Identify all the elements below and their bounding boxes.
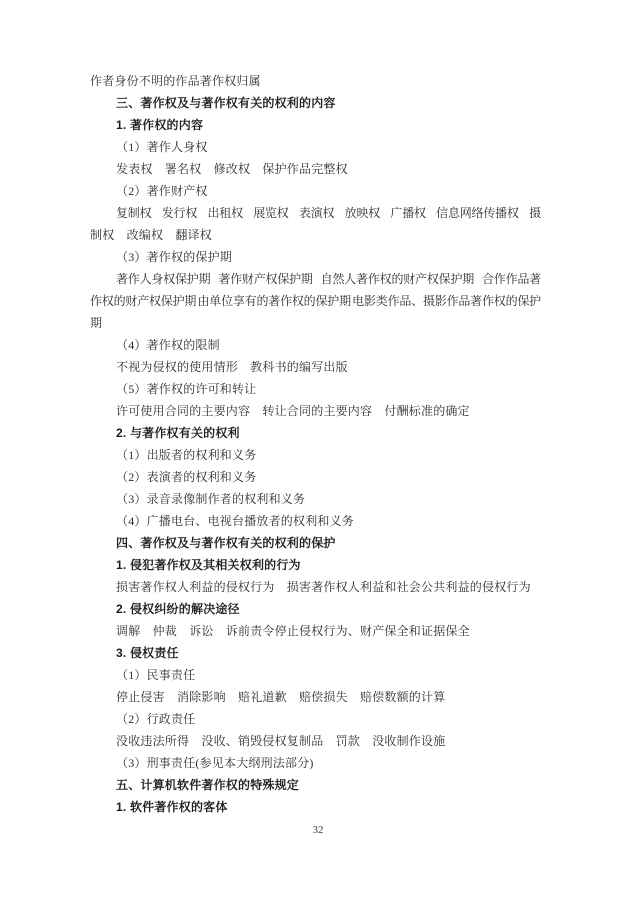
text-segment: 作权的财产权保护期: [90, 290, 196, 312]
text-segment: 表演权: [299, 202, 334, 224]
text-line: 作者身份不明的作品著作权归属: [90, 70, 541, 92]
text-line: （4）广播电台、电视台播放者的权利和义务: [90, 510, 541, 532]
text-line: （3）刑事责任(参见本大纲刑法部分): [90, 752, 541, 774]
text-line: （5）著作权的许可和转让: [90, 378, 541, 400]
text-segment: 由单位享有的著作权的保护期: [197, 290, 350, 312]
text-line: （1）著作人身权: [90, 136, 541, 158]
section-heading: 三、著作权及与著作权有关的权利的内容: [90, 92, 541, 114]
text-segment: 广播权: [390, 202, 425, 224]
text-segment: 电影类作品、摄影作品著作权的保护: [352, 290, 541, 312]
text-line: （4）著作权的限制: [90, 334, 541, 356]
text-segment: 著作财产权保护期: [218, 268, 312, 290]
text-segment: 发行权: [162, 202, 197, 224]
text-segment: 放映权: [345, 202, 380, 224]
text-segment: 合作作品著: [482, 268, 541, 290]
text-line: （2）著作财产权: [90, 180, 541, 202]
text-line: 作权的财产权保护期由单位享有的著作权的保护期电影类作品、摄影作品著作权的保护: [90, 290, 541, 312]
text-line: 复制权发行权出租权展览权表演权放映权广播权信息网络传播权摄: [90, 202, 541, 224]
section-heading: 1. 侵犯著作权及其相关权利的行为: [90, 554, 541, 576]
text-line: （3）录音录像制作者的权利和义务: [90, 488, 541, 510]
section-heading: 四、著作权及与著作权有关的权利的保护: [90, 532, 541, 554]
document-page: 作者身份不明的作品著作权归属三、著作权及与著作权有关的权利的内容1. 著作权的内…: [0, 0, 636, 900]
text-line: 许可使用合同的主要内容 转让合同的主要内容 付酬标准的确定: [90, 400, 541, 422]
text-line: （1）出版者的权利和义务: [90, 444, 541, 466]
text-line: 损害著作权人利益的侵权行为 损害著作权人利益和社会公共利益的侵权行为: [90, 576, 541, 598]
text-line: （1）民事责任: [90, 664, 541, 686]
text-line: （2）表演者的权利和义务: [90, 466, 541, 488]
section-heading: 1. 著作权的内容: [90, 114, 541, 136]
section-heading: 3. 侵权责任: [90, 642, 541, 664]
text-segment: 自然人著作权的财产权保护期: [321, 268, 474, 290]
text-line: 发表权 署名权 修改权 保护作品完整权: [90, 158, 541, 180]
text-segment: 信息网络传播权: [436, 202, 519, 224]
text-line: 制权 改编权 翻译权: [90, 224, 541, 246]
text-segment: 复制权: [116, 202, 151, 224]
text-segment: 著作人身权保护期: [116, 268, 210, 290]
text-segment: 展览权: [253, 202, 288, 224]
section-heading: 1. 软件著作权的客体: [90, 796, 541, 818]
text-line: 期: [90, 312, 541, 334]
text-segment: 摄: [529, 202, 541, 224]
text-segment: 出租权: [207, 202, 242, 224]
text-line: 没收违法所得 没收、销毁侵权复制品 罚款 没收制作设施: [90, 730, 541, 752]
text-line: 调解 仲裁 诉讼 诉前责令停止侵权行为、财产保全和证据保全: [90, 620, 541, 642]
text-line: （2）行政责任: [90, 708, 541, 730]
text-line: （3）著作权的保护期: [90, 246, 541, 268]
page-content: 作者身份不明的作品著作权归属三、著作权及与著作权有关的权利的内容1. 著作权的内…: [90, 70, 541, 818]
section-heading: 2. 侵权纠纷的解决途径: [90, 598, 541, 620]
text-line: 著作人身权保护期著作财产权保护期自然人著作权的财产权保护期合作作品著: [90, 268, 541, 290]
text-line: 停止侵害 消除影响 赔礼道歉 赔偿损失 赔偿数额的计算: [90, 686, 541, 708]
text-line: 不视为侵权的使用情形 教科书的编写出版: [90, 356, 541, 378]
section-heading: 2. 与著作权有关的权利: [90, 422, 541, 444]
page-number: 32: [0, 822, 636, 838]
section-heading: 五、计算机软件著作权的特殊规定: [90, 774, 541, 796]
